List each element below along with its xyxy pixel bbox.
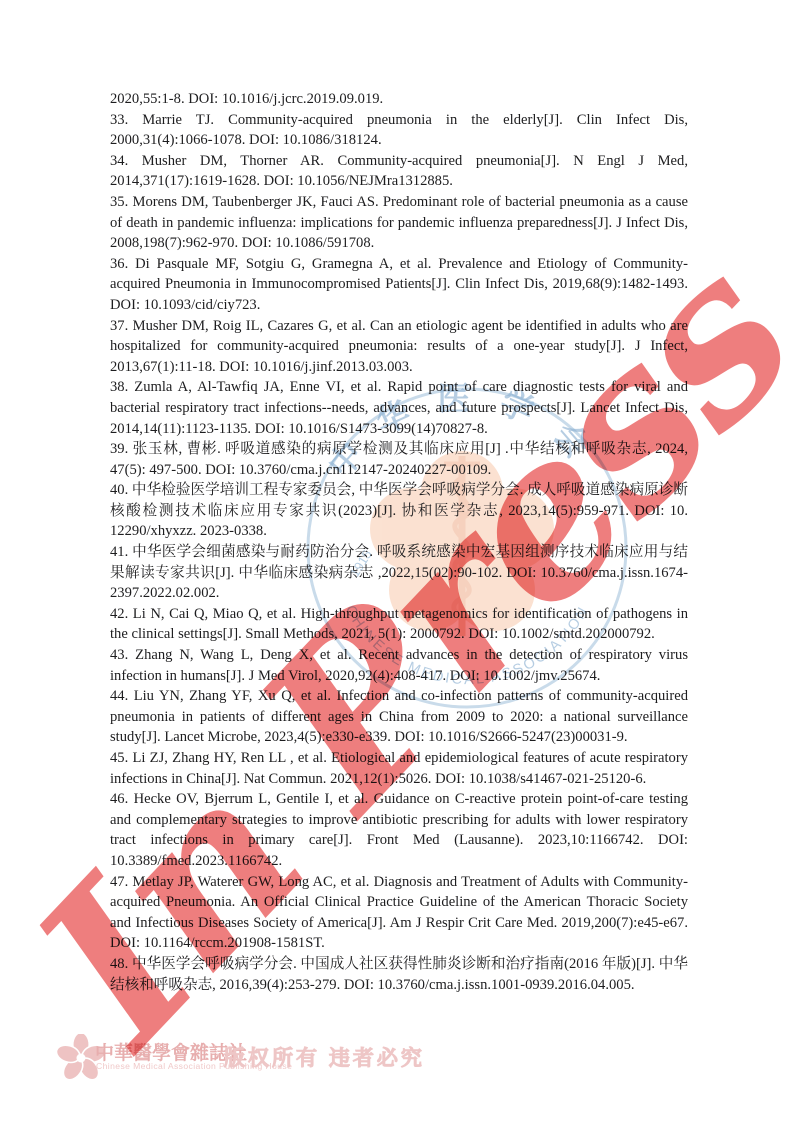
reference-item: 41. 中华医学会细菌感染与耐药防治分会. 呼吸系统感染中宏基因组测序技术临床应… bbox=[110, 542, 688, 604]
reference-item: 38. Zumla A, Al-Tawfiq JA, Enne VI, et a… bbox=[110, 377, 688, 439]
reference-item: 47. Metlay JP, Waterer GW, Long AC, et a… bbox=[110, 872, 688, 954]
reference-item: 48. 中华医学会呼吸病学分会. 中国成人社区获得性肺炎诊断和治疗指南(2016… bbox=[110, 954, 688, 995]
reference-item: 37. Musher DM, Roig IL, Cazares G, et al… bbox=[110, 316, 688, 378]
reference-item: 34. Musher DM, Thorner AR. Community-acq… bbox=[110, 151, 688, 192]
document-page: 中华医学会 CHINESE MEDICAL ASSOCIATION 1915 2… bbox=[0, 0, 794, 1123]
reference-item: 46. Hecke OV, Bjerrum L, Gentile I, et a… bbox=[110, 789, 688, 871]
reference-item: 2020,55:1-8. DOI: 10.1016/j.jcrc.2019.09… bbox=[110, 89, 688, 110]
reference-item: 45. Li ZJ, Zhang HY, Ren LL , et al. Eti… bbox=[110, 748, 688, 789]
page-footer: 中華醫學會雜誌社 Chinese Medical Association Pub… bbox=[0, 1030, 794, 1100]
reference-item: 39. 张玉林, 曹彬. 呼吸道感染的病原学检测及其临床应用[J] .中华结核和… bbox=[110, 439, 688, 480]
reference-item: 33. Marrie TJ. Community-acquired pneumo… bbox=[110, 110, 688, 151]
reference-list: 2020,55:1-8. DOI: 10.1016/j.jcrc.2019.09… bbox=[110, 89, 688, 995]
copyright-notice: 版权所有 违者必究 bbox=[224, 1042, 425, 1072]
reference-item: 40. 中华检验医学培训工程专家委员会, 中华医学会呼吸病学分会. 成人呼吸道感… bbox=[110, 480, 688, 542]
reference-item: 43. Zhang N, Wang L, Deng X, et al. Rece… bbox=[110, 645, 688, 686]
reference-item: 44. Liu YN, Zhang YF, Xu Q, et al. Infec… bbox=[110, 686, 688, 748]
reference-item: 42. Li N, Cai Q, Miao Q, et al. High-thr… bbox=[110, 604, 688, 645]
reference-item: 35. Morens DM, Taubenberger JK, Fauci AS… bbox=[110, 192, 688, 254]
reference-item: 36. Di Pasquale MF, Sotgiu G, Gramegna A… bbox=[110, 254, 688, 316]
